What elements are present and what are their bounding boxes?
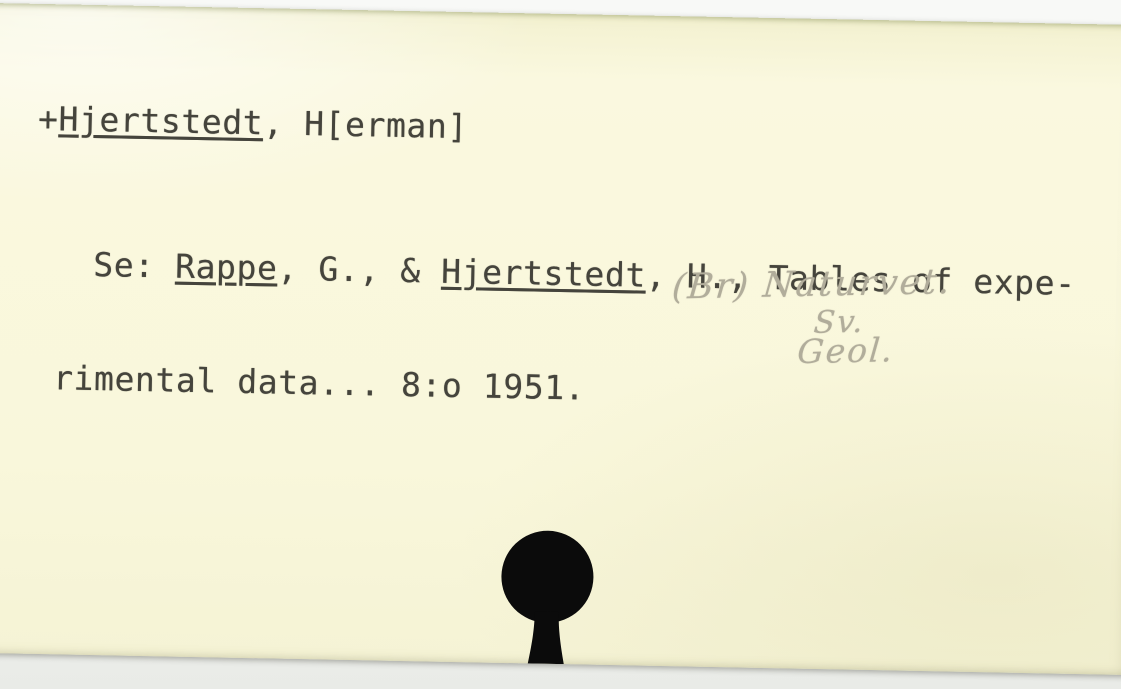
- heading-prefix: +: [38, 99, 59, 138]
- reference-lead: Se:: [93, 245, 176, 286]
- heading-surname: Hjertstedt: [58, 99, 263, 142]
- annotation-classification: (Br) Naturvet.: [670, 262, 953, 307]
- punch-hole-icon: [499, 529, 596, 665]
- card-heading: +Hjertstedt, H[erman]: [38, 99, 469, 146]
- reference-author1: Rappe: [175, 247, 278, 288]
- annotation-geol: Geol.: [796, 330, 896, 371]
- pencil-annotation: (Br) Naturvet. Sv. Geol.: [672, 261, 1005, 407]
- reference-author2: Hjertstedt: [441, 252, 646, 295]
- scanned-card-scene: +Hjertstedt, H[erman] Se: Rappe, G., & H…: [0, 0, 1121, 689]
- index-card: +Hjertstedt, H[erman] Se: Rappe, G., & H…: [0, 3, 1121, 675]
- heading-forename: , H[erman]: [263, 103, 468, 146]
- reference-separator: , G., &: [277, 249, 441, 291]
